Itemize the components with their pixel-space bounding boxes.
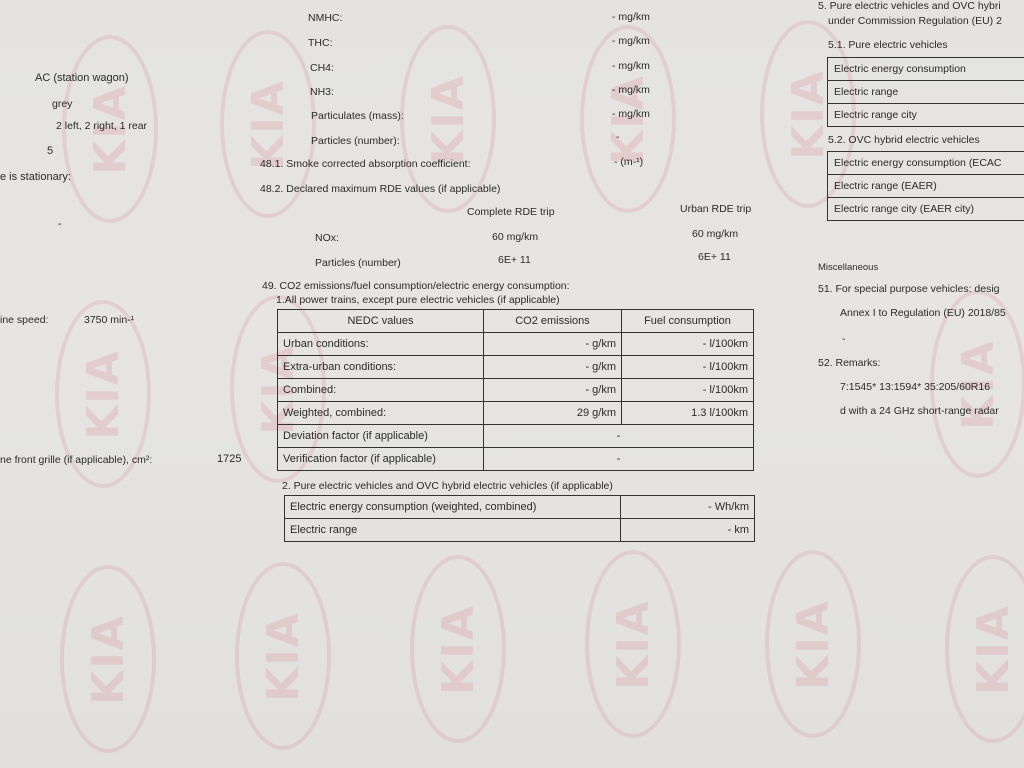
doors-value: 2 left, 2 right, 1 rear [56,120,147,132]
table-row: Combined: - g/km - l/100km [278,379,754,402]
row-label: Electric range [285,519,621,542]
row-label: Combined: [278,379,484,402]
fuel-value: - l/100km [622,379,754,402]
list-item: Electric energy consumption [828,58,1024,81]
list-item: Electric range city (EAER city) [828,198,1024,220]
section5-heading-line2: under Commission Regulation (EU) 2 [828,15,1002,27]
row-label: Extra-urban conditions: [278,356,484,379]
section51-list: Electric energy consumption Electric ran… [827,57,1024,127]
emission-value: - mg/km [612,60,650,72]
item51-value: - [842,333,846,345]
emission-value: - mg/km [612,35,650,47]
section51-heading: 5.1. Pure electric vehicles [828,39,948,51]
emission-value: - mg/km [612,11,650,23]
section5-heading: 5. Pure electric vehicles and OVC hybri [818,0,1001,12]
engine-speed-value: 3750 min-¹ [84,314,134,326]
fuel-value: - l/100km [622,356,754,379]
body-type-value: AC (station wagon) [35,72,129,84]
co2-subheading-2: 2. Pure electric vehicles and OVC hybrid… [282,480,613,492]
misc-heading: Miscellaneous [818,262,878,273]
nedc-table: NEDC values CO2 emissions Fuel consumpti… [277,309,754,471]
remarks-line: 7:1545* 13:1594* 35:205/60R16 [840,381,990,393]
fuel-value: - l/100km [622,333,754,356]
smoke-coefficient-label: 48.1. Smoke corrected absorption coeffic… [260,158,471,170]
kia-watermark-icon: KIA [585,550,681,738]
kia-watermark-icon: KIA [60,565,156,753]
remarks-line: d with a 24 GHz short-range radar [840,405,999,417]
colour-value: grey [52,98,72,110]
row-label: Electric energy consumption (weighted, c… [285,496,621,519]
factor-value: - [484,425,754,448]
item51-label-line2: Annex I to Regulation (EU) 2018/85 [840,307,1006,319]
list-item: Electric range city [828,104,1024,126]
ev-table: Electric energy consumption (weighted, c… [284,495,755,542]
section52-heading: 5.2. OVC hybrid electric vehicles [828,134,980,146]
factor-value: - [484,448,754,471]
rde-complete-value: 6E+ 11 [498,254,531,266]
engine-speed-label: ine speed: [0,314,48,326]
co2-heading: 49. CO2 emissions/fuel consumption/elect… [262,280,570,292]
stationary-value: - [58,218,62,230]
emission-label: CH4: [310,62,334,74]
emission-value: - mg/km [612,84,650,96]
emission-value: - [616,131,620,143]
item52-label: 52. Remarks: [818,357,880,369]
list-item: Electric range (EAER) [828,175,1024,198]
rde-complete-value: 60 mg/km [492,231,538,243]
document-page: KIA KIA KIA KIA KIA KIA KIA KIA KIA KIA … [0,0,1024,768]
header-nedc: NEDC values [278,310,484,333]
co2-value: - g/km [484,356,622,379]
rde-urban-value: 60 mg/km [692,228,738,240]
table-row: Electric range - km [285,519,755,542]
rde-col-complete: Complete RDE trip [467,206,555,218]
rde-urban-value: 6E+ 11 [698,251,731,263]
kia-watermark-icon: KIA [765,550,861,738]
stationary-label: e is stationary: [0,171,71,183]
header-fuel: Fuel consumption [622,310,754,333]
list-item: Electric energy consumption (ECAC [828,152,1024,175]
emission-value: - mg/km [612,108,650,120]
smoke-coefficient-value: - (m-¹) [614,156,643,168]
row-label: Deviation factor (if applicable) [278,425,484,448]
table-row: Verification factor (if applicable) - [278,448,754,471]
row-label: Urban conditions: [278,333,484,356]
rde-col-urban: Urban RDE trip [680,203,751,215]
emission-label: Particles (number): [311,135,400,147]
fuel-value: 1.3 l/100km [622,402,754,425]
co2-value: 29 g/km [484,402,622,425]
table-row: Weighted, combined: 29 g/km 1.3 l/100km [278,402,754,425]
kia-watermark-icon: KIA [945,555,1024,743]
rde-row-label: NOx: [315,232,339,244]
co2-value: - g/km [484,379,622,402]
front-grille-value: 1725 [217,453,241,465]
row-label: Weighted, combined: [278,402,484,425]
item51-label: 51. For special purpose vehicles: desig [818,283,1000,295]
kia-watermark-icon: KIA [235,562,331,750]
emission-label: Particulates (mass): [311,110,404,122]
front-grille-label: ne front grille (if applicable), cm²: [0,454,152,466]
seats-value: 5 [47,145,53,157]
emission-label: NH3: [310,86,334,98]
rde-heading: 48.2. Declared maximum RDE values (if ap… [260,183,500,195]
table-row: Extra-urban conditions: - g/km - l/100km [278,356,754,379]
rde-row-label: Particles (number) [315,257,401,269]
emission-label: THC: [308,37,333,49]
table-row: Electric energy consumption (weighted, c… [285,496,755,519]
kia-watermark-icon: KIA [410,555,506,743]
emission-label: NMHC: [308,12,342,24]
table-row: Urban conditions: - g/km - l/100km [278,333,754,356]
header-co2: CO2 emissions [484,310,622,333]
row-label: Verification factor (if applicable) [278,448,484,471]
list-item: Electric range [828,81,1024,104]
table-row: Deviation factor (if applicable) - [278,425,754,448]
ev-value: - Wh/km [621,496,755,519]
section52-list: Electric energy consumption (ECAC Electr… [827,151,1024,221]
co2-subheading-1: 1.All power trains, except pure electric… [276,294,560,306]
ev-value: - km [621,519,755,542]
co2-value: - g/km [484,333,622,356]
